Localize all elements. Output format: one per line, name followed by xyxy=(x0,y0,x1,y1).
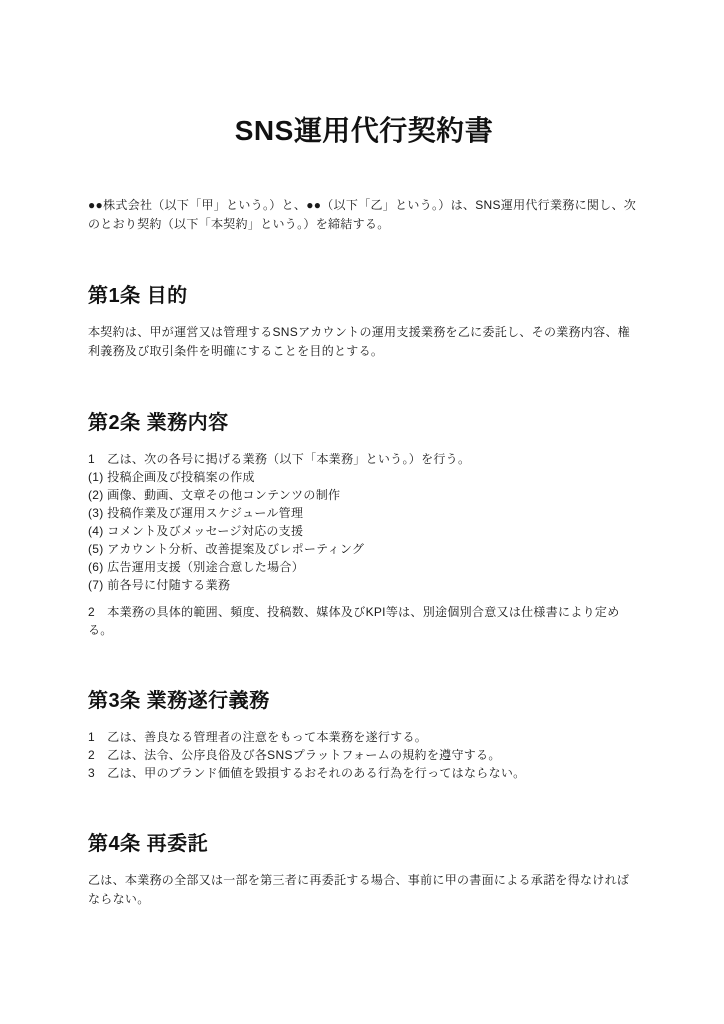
article-3-heading: 第3条 業務遂行義務 xyxy=(88,689,640,713)
article-4-section: 第4条 再委託 乙は、本業務の全部又は一部を第三者に再委託する場合、事前に甲の書… xyxy=(88,832,640,909)
article-3-section: 第3条 業務遂行義務 1 乙は、善良なる管理者の注意をもって本業務を遂行する。 … xyxy=(88,689,640,782)
article-2-item-2: (2) 画像、動画、文章その他コンテンツの制作 xyxy=(88,486,640,504)
article-2-section: 第2条 業務内容 1 乙は、次の各号に掲げる業務（以下「本業務」という。）を行う… xyxy=(88,411,640,639)
article-1-heading: 第1条 目的 xyxy=(88,284,640,308)
article-2-heading: 第2条 業務内容 xyxy=(88,411,640,435)
article-2-item-1: (1) 投稿企画及び投稿案の作成 xyxy=(88,468,640,486)
article-3-clause-1: 1 乙は、善良なる管理者の注意をもって本業務を遂行する。 xyxy=(88,728,640,746)
article-1-section: 第1条 目的 本契約は、甲が運営又は管理するSNSアカウントの運用支援業務を乙に… xyxy=(88,284,640,361)
article-3-clause-3: 3 乙は、甲のブランド価値を毀損するおそれのある行為を行ってはならない。 xyxy=(88,764,640,782)
article-4-heading: 第4条 再委託 xyxy=(88,832,640,856)
article-2-clause-1: 1 乙は、次の各号に掲げる業務（以下「本業務」という。）を行う。 xyxy=(88,450,640,468)
article-2-item-5: (5) アカウント分析、改善提案及びレポーティング xyxy=(88,540,640,558)
article-4-text: 乙は、本業務の全部又は一部を第三者に再委託する場合、事前に甲の書面による承諾を得… xyxy=(88,871,640,909)
preamble-paragraph: ●●株式会社（以下「甲」という。）と、●●（以下「乙」という。）は、SNS運用代… xyxy=(88,196,640,234)
article-2-item-6: (6) 広告運用支援（別途合意した場合） xyxy=(88,558,640,576)
article-2-item-7: (7) 前各号に付随する業務 xyxy=(88,576,640,594)
article-2-item-4: (4) コメント及びメッセージ対応の支援 xyxy=(88,522,640,540)
document-page: SNS運用代行契約書 ●●株式会社（以下「甲」という。）と、●●（以下「乙」とい… xyxy=(0,0,724,1024)
document-title: SNS運用代行契約書 xyxy=(88,114,640,148)
article-2-item-3: (3) 投稿作業及び運用スケジュール管理 xyxy=(88,504,640,522)
article-3-clause-2: 2 乙は、法令、公序良俗及び各SNSプラットフォームの規約を遵守する。 xyxy=(88,746,640,764)
article-2-clause-2: 2 本業務の具体的範囲、頻度、投稿数、媒体及びKPI等は、別途個別合意又は仕様書… xyxy=(88,603,640,639)
article-1-text: 本契約は、甲が運営又は管理するSNSアカウントの運用支援業務を乙に委託し、その業… xyxy=(88,323,640,361)
